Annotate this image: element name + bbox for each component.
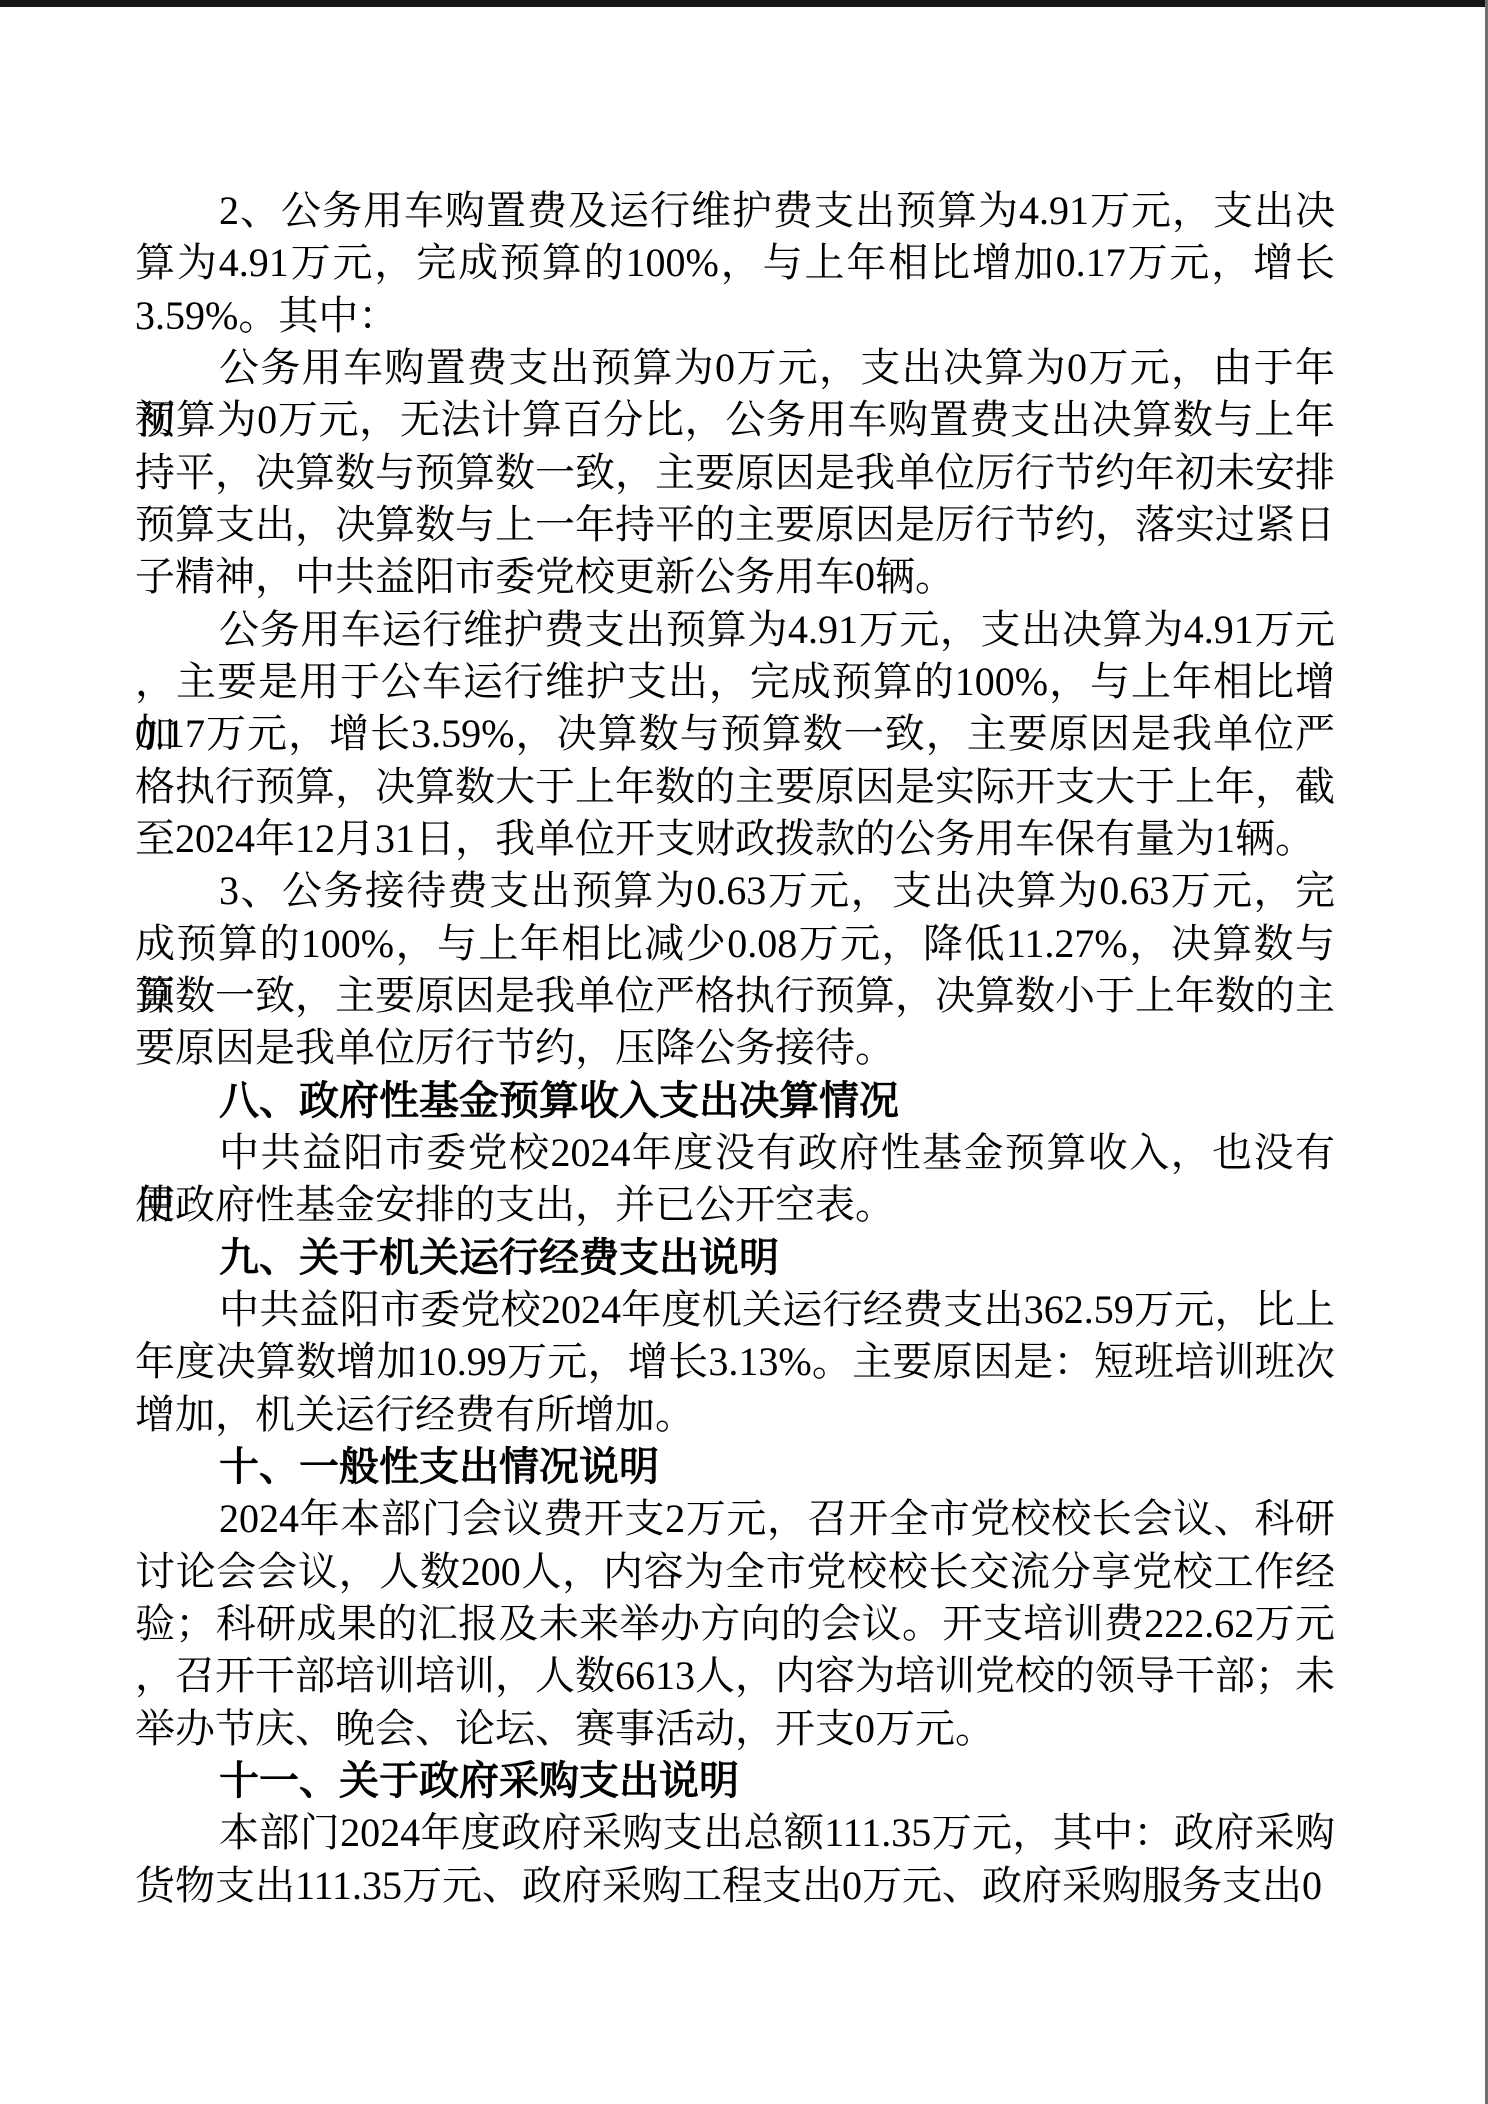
text-line: ，主要是用于公车运行维护支出，完成预算的100%，与上年相比增加 <box>135 656 1335 708</box>
paragraph: 2024年本部门会议费开支2万元，召开全市党校校长会议、科研讨论会会议，人数20… <box>135 1493 1335 1755</box>
text-line: 预算为0万元，无法计算百分比，公务用车购置费支出决算数与上年 <box>135 394 1335 446</box>
paragraph: 公务用车运行维护费支出预算为4.91万元，支出决算为4.91万元，主要是用于公车… <box>135 604 1335 866</box>
section-heading: 八、政府性基金预算收入支出决算情况 <box>135 1075 1335 1127</box>
document-content: 2、公务用车购置费及运行维护费支出预算为4.91万元，支出决算为4.91万元，完… <box>135 185 1335 1912</box>
text-line: 货物支出111.35万元、政府采购工程支出0万元、政府采购服务支出0 <box>135 1860 1335 1912</box>
document-page: { "page": { "background_color": "#ffffff… <box>0 0 1488 2104</box>
text-line: 十、一般性支出情况说明 <box>135 1441 1335 1493</box>
text-line: 八、政府性基金预算收入支出决算情况 <box>135 1075 1335 1127</box>
text-line: 至2024年12月31日，我单位开支财政拨款的公务用车保有量为1辆。 <box>135 813 1335 865</box>
text-line: 增加，机关运行经费有所增加。 <box>135 1389 1335 1441</box>
text-line: 本部门2024年度政府采购支出总额111.35万元，其中：政府采购 <box>135 1807 1335 1859</box>
text-line: 持平，决算数与预算数一致，主要原因是我单位厉行节约年初未安排 <box>135 447 1335 499</box>
text-line: 算为4.91万元，完成预算的100%，与上年相比增加0.17万元，增长 <box>135 237 1335 289</box>
text-line: 要原因是我单位厉行节约，压降公务接待。 <box>135 1022 1335 1074</box>
text-line: 讨论会会议，人数200人，内容为全市党校校长交流分享党校工作经 <box>135 1546 1335 1598</box>
section-heading: 九、关于机关运行经费支出说明 <box>135 1232 1335 1284</box>
text-line: 九、关于机关运行经费支出说明 <box>135 1232 1335 1284</box>
text-line: 2024年本部门会议费开支2万元，召开全市党校校长会议、科研 <box>135 1493 1335 1545</box>
paragraph: 中共益阳市委党校2024年度没有政府性基金预算收入，也没有使用政府性基金安排的支… <box>135 1127 1335 1232</box>
section-heading: 十、一般性支出情况说明 <box>135 1441 1335 1493</box>
paragraph: 2、公务用车购置费及运行维护费支出预算为4.91万元，支出决算为4.91万元，完… <box>135 185 1335 342</box>
section-heading: 十一、关于政府采购支出说明 <box>135 1755 1335 1807</box>
paragraph: 本部门2024年度政府采购支出总额111.35万元，其中：政府采购货物支出111… <box>135 1807 1335 1912</box>
text-line: 算数一致，主要原因是我单位严格执行预算，决算数小于上年数的主 <box>135 970 1335 1022</box>
text-line: 2、公务用车购置费及运行维护费支出预算为4.91万元，支出决 <box>135 185 1335 237</box>
text-line: 格执行预算，决算数大于上年数的主要原因是实际开支大于上年，截 <box>135 761 1335 813</box>
text-line: 3、公务接待费支出预算为0.63万元，支出决算为0.63万元，完 <box>135 865 1335 917</box>
paragraph: 中共益阳市委党校2024年度机关运行经费支出362.59万元，比上年度决算数增加… <box>135 1284 1335 1441</box>
text-line: 子精神，中共益阳市委党校更新公务用车0辆。 <box>135 551 1335 603</box>
text-line: 公务用车购置费支出预算为0万元，支出决算为0万元，由于年初 <box>135 342 1335 394</box>
paragraph: 3、公务接待费支出预算为0.63万元，支出决算为0.63万元，完成预算的100%… <box>135 865 1335 1074</box>
text-line: 3.59%。其中： <box>135 290 1335 342</box>
text-line: 公务用车运行维护费支出预算为4.91万元，支出决算为4.91万元 <box>135 604 1335 656</box>
text-line: 年度决算数增加10.99万元，增长3.13%。主要原因是：短班培训班次 <box>135 1336 1335 1388</box>
text-line: 中共益阳市委党校2024年度机关运行经费支出362.59万元，比上 <box>135 1284 1335 1336</box>
text-line: 预算支出，决算数与上一年持平的主要原因是厉行节约，落实过紧日 <box>135 499 1335 551</box>
text-line: 成预算的100%，与上年相比减少0.08万元，降低11.27%，决算数与预 <box>135 918 1335 970</box>
text-line: 十一、关于政府采购支出说明 <box>135 1755 1335 1807</box>
paragraph: 公务用车购置费支出预算为0万元，支出决算为0万元，由于年初预算为0万元，无法计算… <box>135 342 1335 604</box>
text-line: 0.17万元，增长3.59%，决算数与预算数一致，主要原因是我单位严 <box>135 708 1335 760</box>
page-top-edge <box>0 0 1488 7</box>
text-line: 中共益阳市委党校2024年度没有政府性基金预算收入，也没有使 <box>135 1127 1335 1179</box>
text-line: ，召开干部培训培训，人数6613人，内容为培训党校的领导干部；未 <box>135 1650 1335 1702</box>
text-line: 举办节庆、晚会、论坛、赛事活动，开支0万元。 <box>135 1703 1335 1755</box>
text-line: 验；科研成果的汇报及未来举办方向的会议。开支培训费222.62万元 <box>135 1598 1335 1650</box>
text-line: 用政府性基金安排的支出，并已公开空表。 <box>135 1179 1335 1231</box>
